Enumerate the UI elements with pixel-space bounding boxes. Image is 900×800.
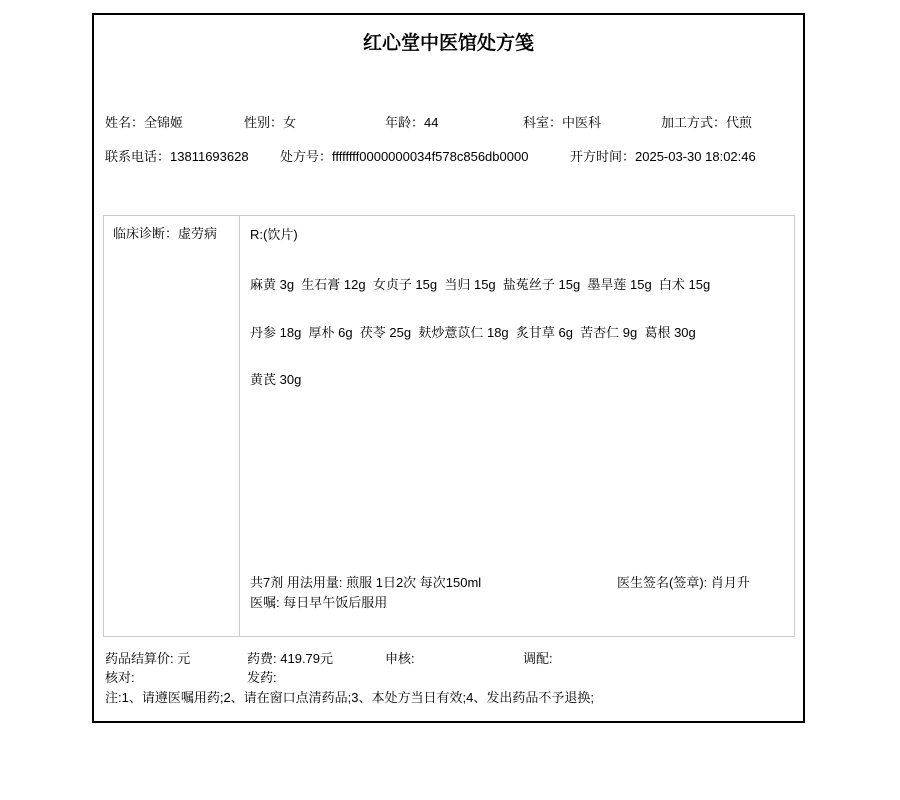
department-value: 中医科 [562, 115, 601, 130]
medicine-fee-value: 419.79元 [280, 651, 333, 666]
medicine-line: 麻黄 3g 生石膏 12g 女贞子 15g 当归 15g 盐菟丝子 15g 墨旱… [250, 277, 710, 293]
review-label: 申核: [385, 651, 415, 666]
patient-age-value: 44 [424, 115, 438, 130]
footer-note: 注:1、请遵医嘱用药;2、请在窗口点清药品;3、本处方当日有效;4、发出药品不予… [105, 690, 594, 706]
patient-gender-field: 性别：女 [244, 115, 296, 131]
prescription-time-value: 2025-03-30 18:02:46 [635, 149, 756, 164]
instruction-label: 医嘱: [250, 595, 280, 610]
department-label: 科室： [523, 115, 562, 130]
settlement-price-field: 药品结算价: 元 [105, 651, 190, 667]
medicine-line: 丹参 18g 厚朴 6g 茯苓 25g 麸炒薏苡仁 18g 炙甘草 6g 苦杏仁… [250, 325, 696, 341]
prescription-number-label: 处方号： [280, 149, 332, 164]
prescription-time-field: 开方时间：2025-03-30 18:02:46 [570, 149, 756, 165]
prescription-number-field: 处方号：ffffffff0000000034f578c856db0000 [280, 149, 528, 165]
settlement-price-label: 药品结算价: [105, 651, 174, 666]
processing-method-value: 代煎 [726, 115, 752, 130]
prescription-number-value: ffffffff0000000034f578c856db0000 [332, 149, 528, 164]
patient-name-label: 姓名： [105, 115, 144, 130]
usage-value: 煎服 1日2次 每次150ml [346, 575, 481, 590]
phone-label: 联系电话： [105, 149, 170, 164]
review-field: 申核: [385, 651, 415, 667]
doctor-signature-label: 医生签名(签章): [617, 575, 707, 590]
check-label: 核对: [105, 670, 135, 685]
dose-total: 共7剂 [250, 575, 283, 590]
usage-label: 用法用量: [287, 575, 343, 590]
department-field: 科室：中医科 [523, 115, 601, 131]
diagnosis-label: 临床诊断： [113, 226, 178, 241]
processing-method-field: 加工方式：代煎 [661, 115, 752, 131]
medicine-fee-field: 药费: 419.79元 [247, 651, 333, 667]
usage-line: 共7剂 用法用量: 煎服 1日2次 每次150ml [250, 575, 481, 591]
doctor-signature-value: 肖月升 [711, 575, 750, 590]
instruction-value: 每日早午饭后服用 [283, 595, 387, 610]
patient-age-label: 年龄： [385, 115, 424, 130]
phone-value: 13811693628 [170, 149, 249, 164]
check-field: 核对: [105, 670, 135, 686]
prescription-time-label: 开方时间： [570, 149, 635, 164]
delivery-label: 发药: [247, 670, 277, 685]
patient-gender-value: 女 [283, 115, 296, 130]
processing-method-label: 加工方式： [661, 115, 726, 130]
doctor-signature-line: 医生签名(签章): 肖月升 [617, 575, 750, 591]
phone-field: 联系电话：13811693628 [105, 149, 249, 165]
dispense-label: 调配: [523, 651, 553, 666]
patient-name-field: 姓名：全锦姬 [105, 115, 183, 131]
settlement-price-value: 元 [177, 651, 190, 666]
patient-age-field: 年龄：44 [385, 115, 438, 131]
instruction-line: 医嘱: 每日早午饭后服用 [250, 595, 387, 611]
delivery-field: 发药: [247, 670, 277, 686]
page-title: 红心堂中医馆处方笺 [92, 33, 805, 55]
medicine-fee-label: 药费: [247, 651, 277, 666]
diagnosis-value: 虚劳病 [178, 226, 217, 241]
patient-gender-label: 性别： [244, 115, 283, 130]
patient-name-value: 全锦姬 [144, 115, 183, 130]
dispense-field: 调配: [523, 651, 553, 667]
medicine-line: 黄芪 30g [250, 372, 301, 388]
diagnosis-panel: 临床诊断：虚劳病 [104, 216, 240, 636]
rx-header: R:(饮片) [250, 227, 298, 243]
